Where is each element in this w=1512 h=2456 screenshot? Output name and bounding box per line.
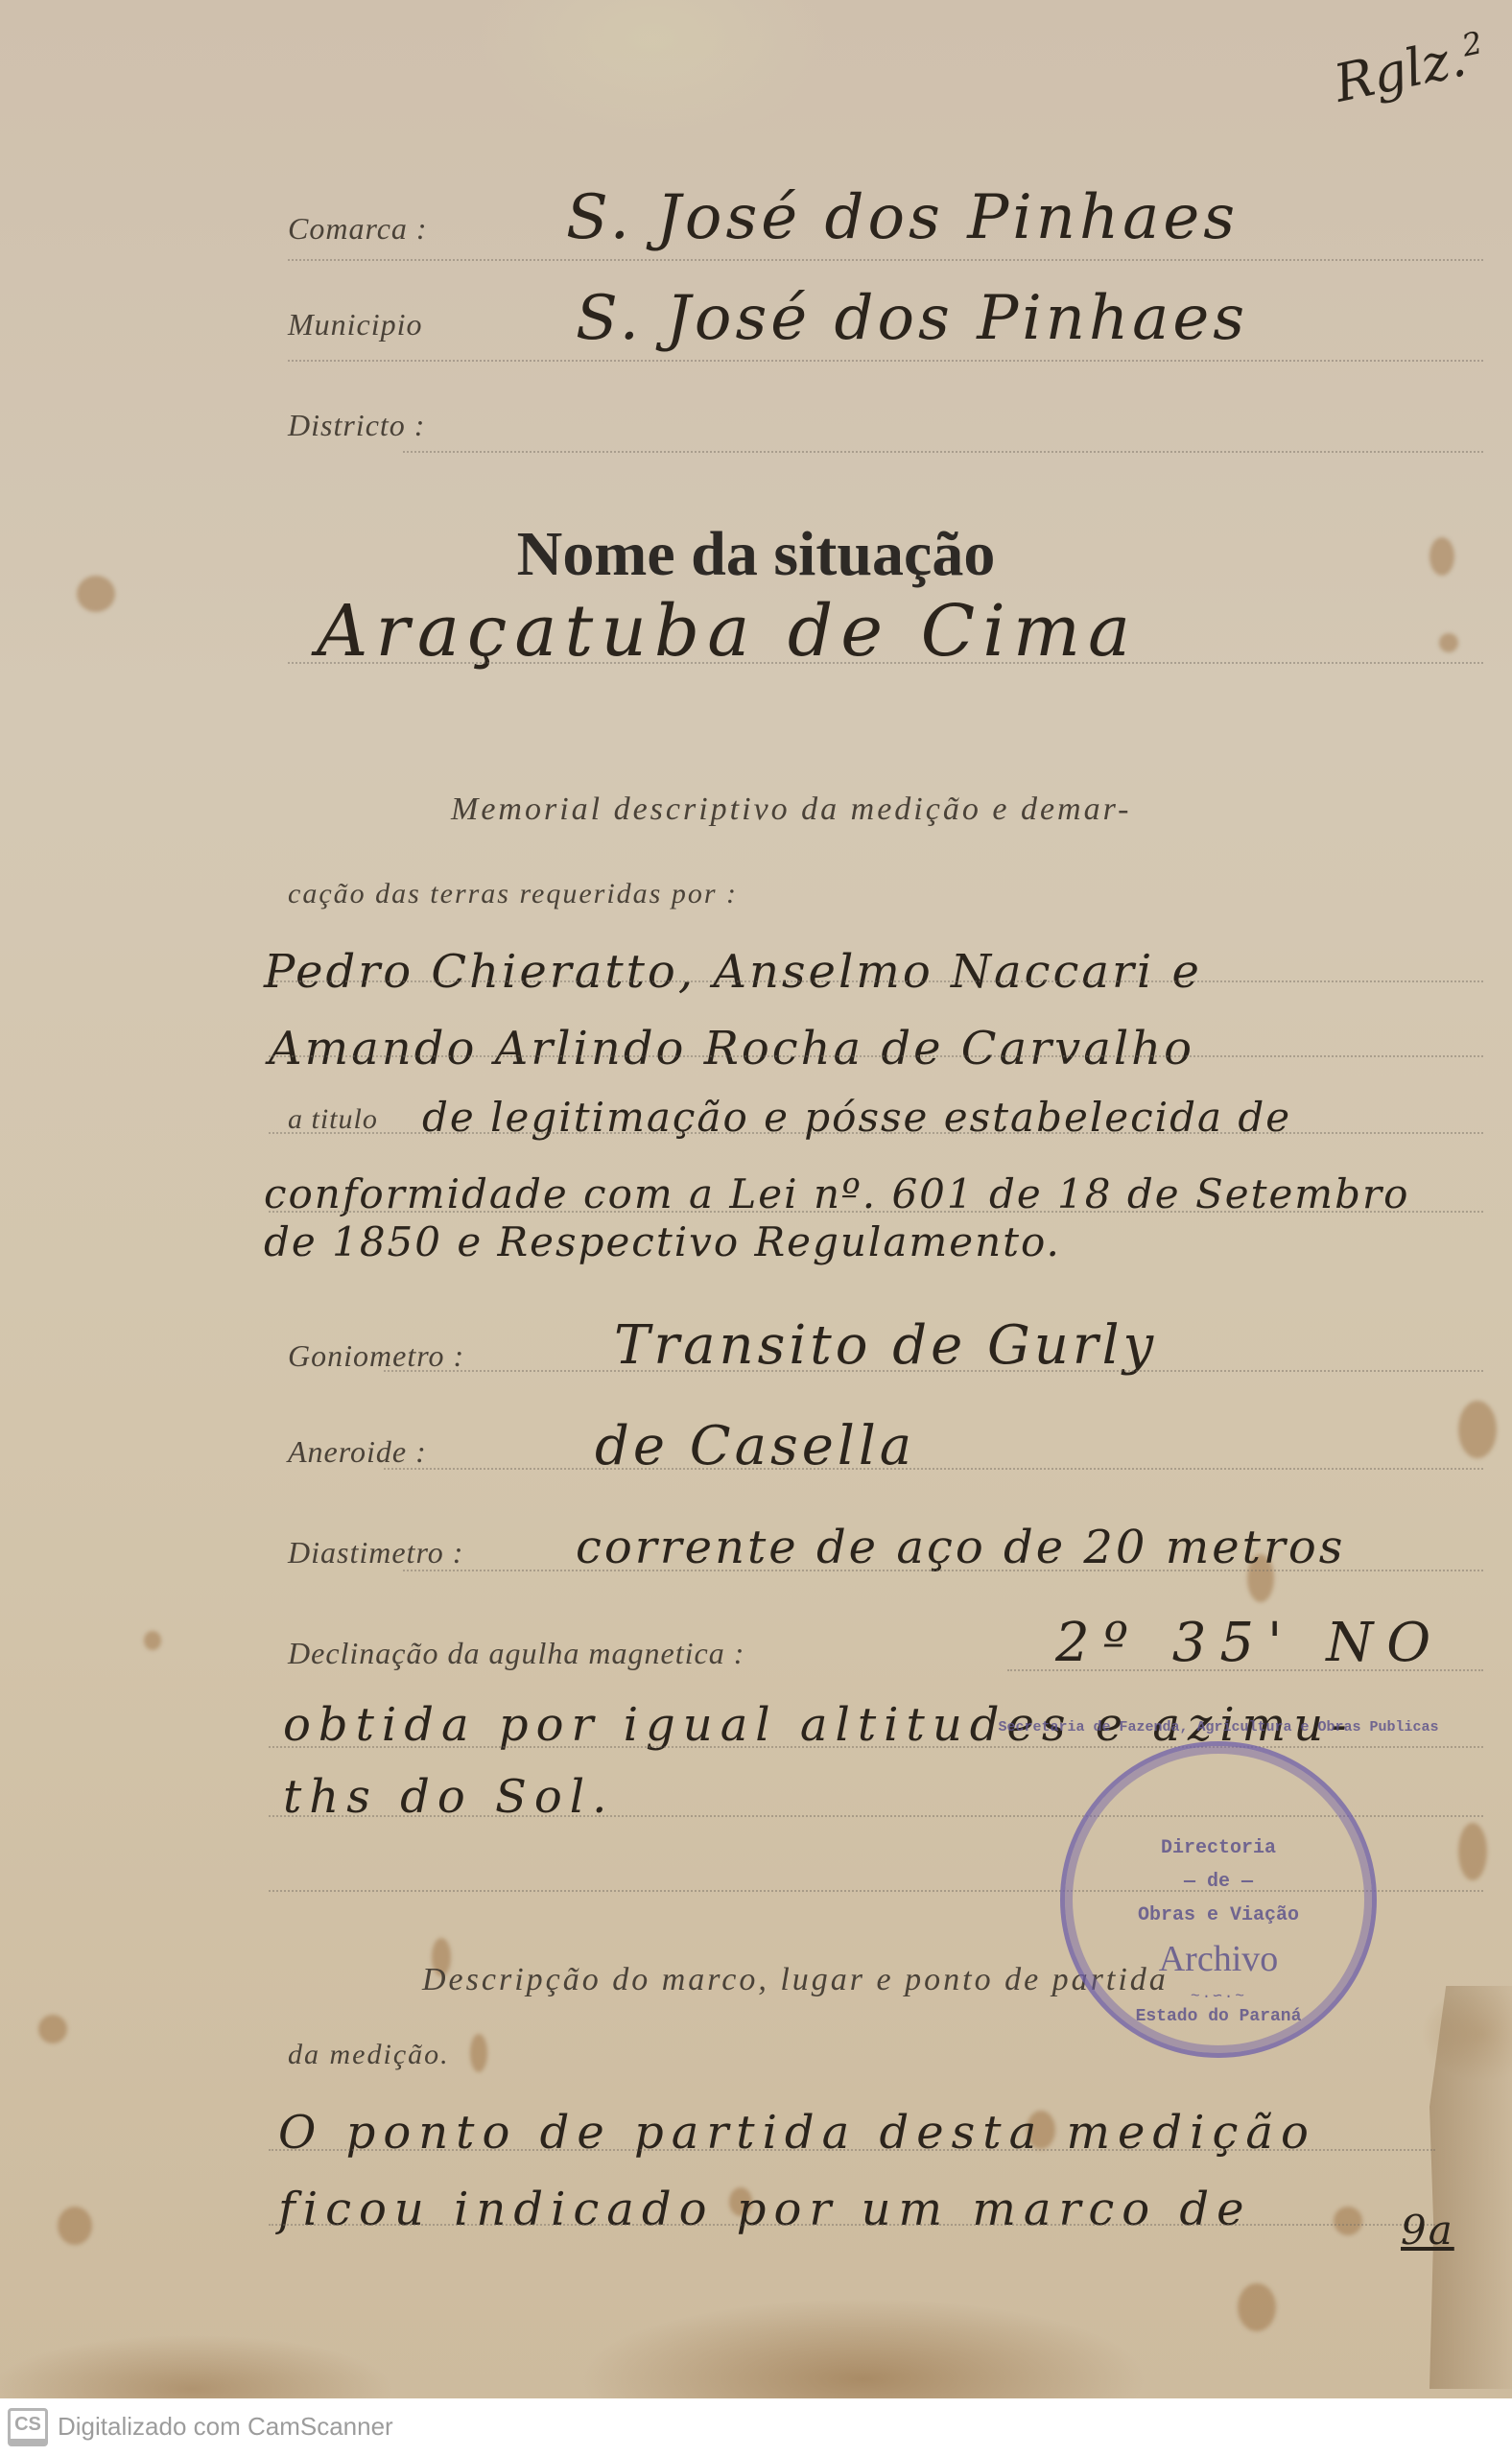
stamp-line1: Directoria xyxy=(1065,1837,1372,1859)
archive-stamp: Secretaria de Fazenda, Agricultura e Obr… xyxy=(1060,1741,1377,2058)
memorial-intro-line1: Memorial descriptivo da medição e demar- xyxy=(451,791,1131,828)
camscanner-caption: Digitalizado com CamScanner xyxy=(58,2412,393,2442)
marker-text-line2: ficou indicado por um marco de xyxy=(278,2183,1252,2236)
goniometro-value: Transito de Gurly xyxy=(614,1314,1157,1377)
annotation-text: Rglz. xyxy=(1329,27,1471,113)
municipio-label: Municipio xyxy=(288,307,423,342)
stain xyxy=(38,2015,67,2043)
ruled-line xyxy=(288,662,1483,664)
torn-corner xyxy=(1429,1986,1512,2389)
declinacao-label: Declinação da agulha magnetica : xyxy=(288,1636,744,1671)
ruled-line xyxy=(384,1370,1483,1372)
stain xyxy=(144,1631,161,1650)
ruled-line xyxy=(269,2149,1435,2151)
stamp-arc-bottom: Estado do Paraná xyxy=(1065,2007,1372,2026)
requesters-line1: Pedro Chieratto, Anselmo Naccari e xyxy=(264,945,1202,999)
comarca-label: Comarca : xyxy=(288,211,428,247)
ruled-line xyxy=(269,1132,1483,1134)
aneroide-label: Aneroide : xyxy=(288,1434,427,1470)
diastimetro-label: Diastimetro : xyxy=(288,1535,463,1570)
situation-name: Araçatuba de Cima xyxy=(317,590,1138,673)
stain xyxy=(1238,2283,1276,2331)
stain xyxy=(470,2034,487,2072)
titulo-label: a titulo xyxy=(288,1103,378,1136)
stamp-line4: Archivo xyxy=(1065,1938,1372,1980)
ruled-line xyxy=(403,1570,1483,1571)
districto-label: Districto : xyxy=(288,408,425,443)
stain xyxy=(1439,633,1458,652)
ruled-line xyxy=(269,1055,1483,1057)
stamp-line2: — de — xyxy=(1065,1871,1372,1893)
requesters-line2: Amando Arlindo Rocha de Carvalho xyxy=(269,1022,1194,1075)
title-line3: de 1850 e Respectivo Regulamento. xyxy=(264,1218,1061,1265)
ruled-line xyxy=(269,2224,1435,2226)
section-heading: Nome da situação xyxy=(0,518,1512,591)
marker-section-line2: da medição. xyxy=(288,2039,450,2071)
ruled-line xyxy=(269,980,1483,982)
stamp-flourish: ~·∽·~ xyxy=(1065,1986,1372,2005)
municipio-value: S. José dos Pinhaes xyxy=(576,283,1248,354)
goniometro-label: Goniometro : xyxy=(288,1338,464,1374)
ruled-line xyxy=(288,360,1483,362)
stain xyxy=(1458,1823,1487,1880)
camscanner-logo-icon: CS xyxy=(8,2408,48,2446)
ruled-line xyxy=(288,259,1483,261)
comarca-value: S. José dos Pinhaes xyxy=(566,182,1239,253)
corner-annotation: Rglz.2 xyxy=(1329,23,1490,114)
marker-section-line1: Descripção do marco, lugar e ponto de pa… xyxy=(422,1962,1169,1998)
stain xyxy=(1458,1401,1497,1458)
stamp-line3: Obras e Viação xyxy=(1065,1904,1372,1926)
ruled-line xyxy=(384,1468,1483,1470)
declinacao-value: 2º 35' NO xyxy=(1055,1612,1444,1674)
marker-text-line1: O ponto de partida desta medição xyxy=(278,2106,1316,2160)
diastimetro-value: corrente de aço de 20 metros xyxy=(576,1521,1345,1574)
document-page: Rglz.2 Comarca : S. José dos Pinhaes Mun… xyxy=(0,0,1512,2398)
memorial-intro-line2: cação das terras requeridas por : xyxy=(288,878,738,910)
ruled-line xyxy=(269,1746,1483,1748)
ruled-line xyxy=(1007,1669,1483,1671)
stain xyxy=(58,2207,92,2245)
stain xyxy=(1334,2207,1362,2235)
marker-continuation: 9a xyxy=(1401,2207,1454,2254)
stamp-arc-top: Secretaria de Fazenda, Agricultura e Obr… xyxy=(998,1719,1439,1736)
ruled-line xyxy=(269,1211,1483,1213)
scanner-footer: CS Digitalizado com CamScanner xyxy=(0,2398,1512,2456)
ruled-line xyxy=(403,451,1483,453)
